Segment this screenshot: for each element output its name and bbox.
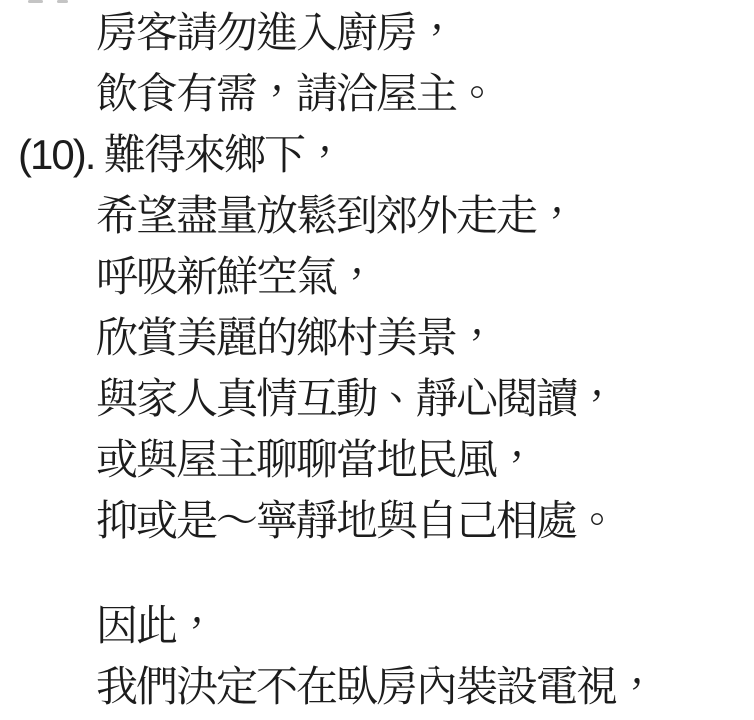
text-line: 因此， — [0, 595, 754, 656]
text-line: 希望盡量放鬆到郊外走走， — [0, 185, 754, 246]
text-line: 呼吸新鮮空氣， — [0, 246, 754, 307]
text-line: 飲食有需，請洽屋主。 — [0, 63, 754, 124]
document-page: 房客請勿進入廚房，飲食有需，請洽屋主。(10). 難得來鄉下，希望盡量放鬆到郊外… — [0, 0, 754, 720]
text-line: (10). 難得來鄉下， — [0, 124, 754, 185]
text-line: 抑或是～寧靜地與自己相處。 — [0, 490, 754, 551]
house-rules-text-block: 房客請勿進入廚房，飲食有需，請洽屋主。(10). 難得來鄉下，希望盡量放鬆到郊外… — [0, 2, 754, 717]
text-line: 與家人真情互動、靜心閱讀， — [0, 368, 754, 429]
text-line: 我們決定不在臥房內裝設電視， — [0, 656, 754, 717]
text-line: 房客請勿進入廚房， — [0, 2, 754, 63]
blank-line — [0, 551, 754, 595]
text-line: 或與屋主聊聊當地民風， — [0, 429, 754, 490]
text-line: 欣賞美麗的鄉村美景， — [0, 307, 754, 368]
